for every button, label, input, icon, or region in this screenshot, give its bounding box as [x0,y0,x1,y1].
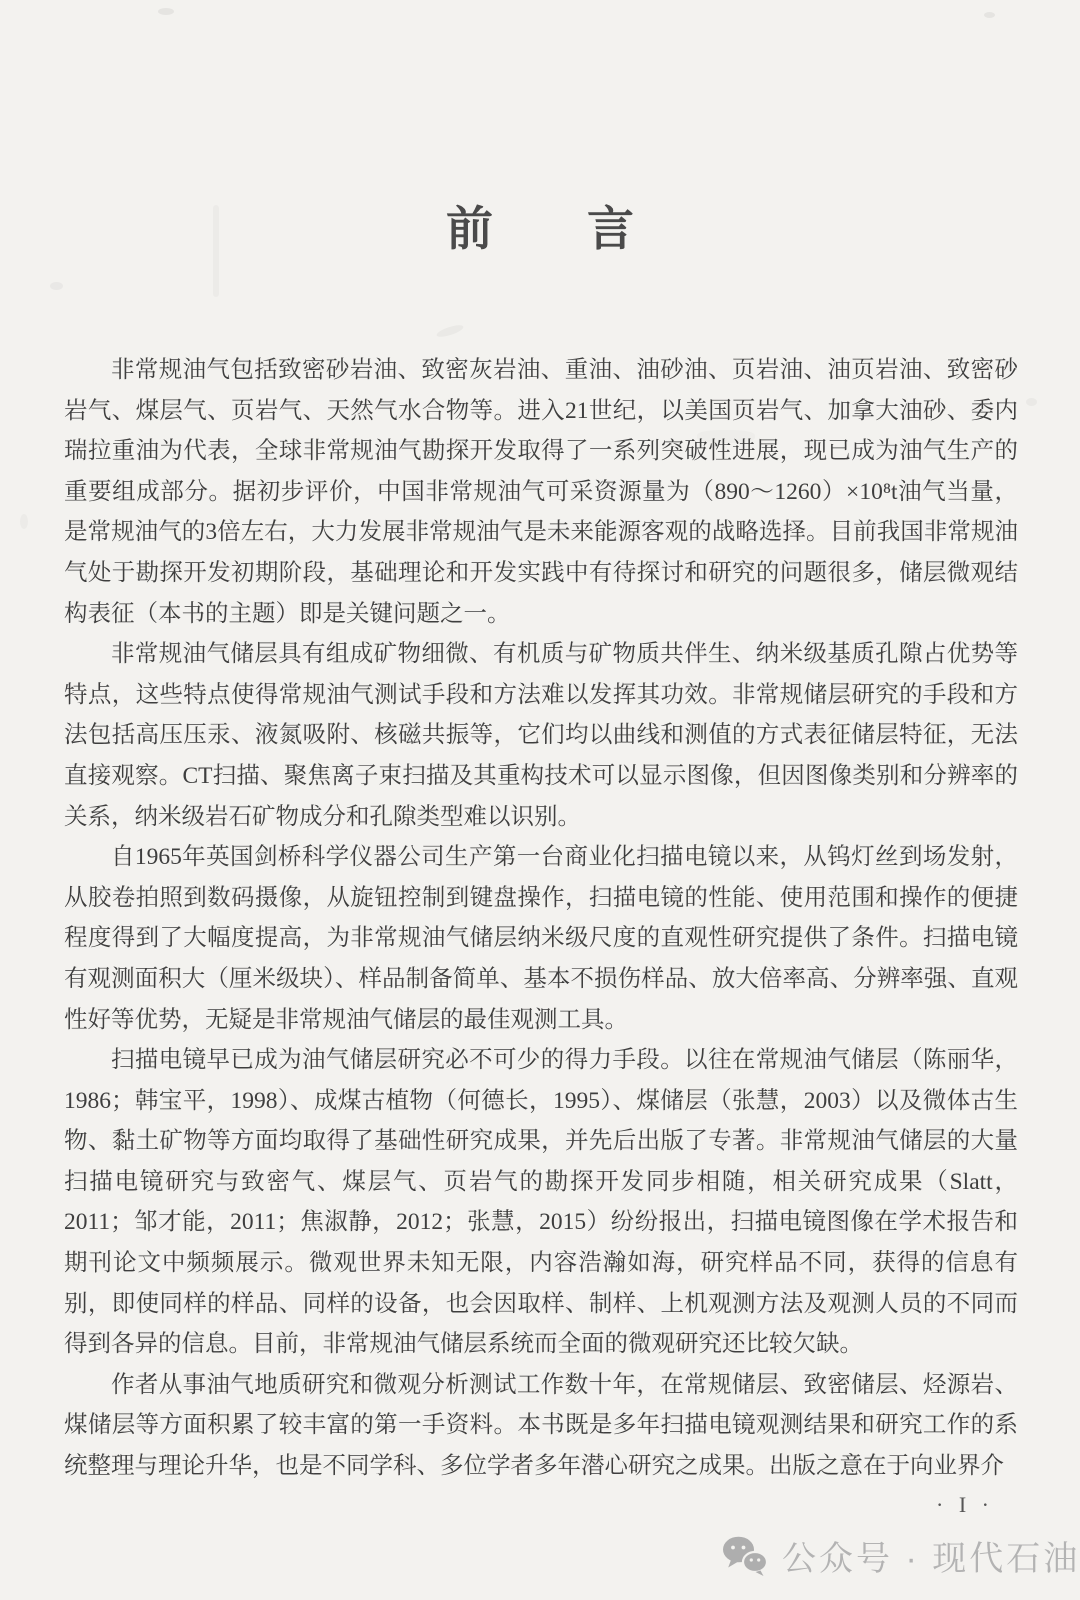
scan-speck [50,282,63,290]
paragraph-2: 非常规油气储层具有组成矿物细微、有机质与矿物质共伴生、纳米级基质孔隙占优势等特点… [64,634,1018,837]
scan-speck [213,205,219,297]
scan-speck [1026,398,1037,406]
wechat-icon [722,1536,768,1576]
scan-speck [984,12,995,18]
scan-speck [20,514,28,529]
preface-body: 非常规油气包括致密砂岩油、致密灰岩油、重油、油砂油、页岩油、油页岩油、致密砂岩气… [64,350,1018,1487]
scanned-preface-page: 前 言 非常规油气包括致密砂岩油、致密灰岩油、重油、油砂油、页岩油、油页岩油、致… [0,0,1080,1600]
page-title: 前 言 [0,0,1080,259]
scan-speck [158,8,174,15]
paragraph-5: 作者从事油气地质研究和微观分析测试工作数十年，在常规储层、致密储层、烃源岩、煤储… [64,1365,1018,1487]
paragraph-3: 自1965年英国剑桥科学仪器公司生产第一台商业化扫描电镜以来，从钨灯丝到场发射，… [64,837,1018,1040]
footer-watermark: 公众号 · 现代石油人 [722,1531,1080,1580]
scan-speck [435,323,464,339]
page-number: · I · [936,1492,994,1518]
paragraph-4: 扫描电镜早已成为油气储层研究必不可少的得力手段。以往在常规油气储层（陈丽华，19… [64,1040,1018,1365]
paragraph-1: 非常规油气包括致密砂岩油、致密灰岩油、重油、油砂油、页岩油、油页岩油、致密砂岩气… [64,350,1018,634]
watermark-text: 公众号 · 现代石油人 [782,1531,1080,1580]
